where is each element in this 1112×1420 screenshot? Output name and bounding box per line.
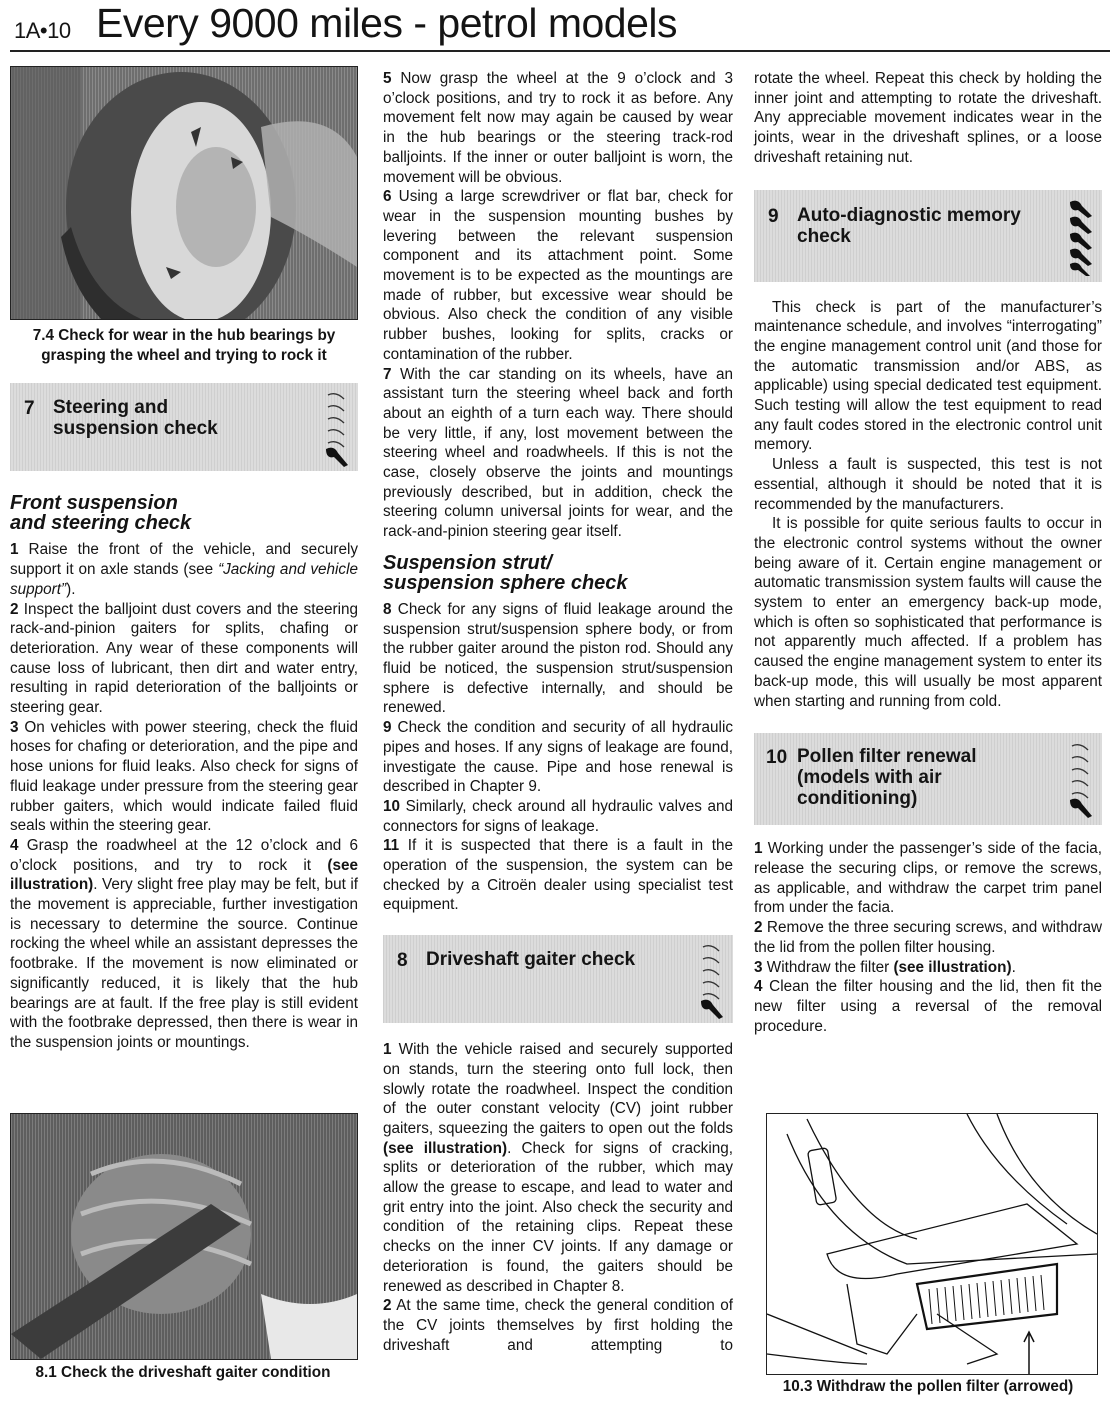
section-heading-7: 7 Steering and suspension check	[10, 383, 358, 471]
wrench-rating-icon	[1066, 740, 1094, 823]
paragraph: 7 With the car standing on its wheels, h…	[383, 365, 733, 542]
subheading-suspension-strut: Suspension strut/ suspension sphere chec…	[383, 553, 733, 593]
paragraph: This check is part of the manufacturer’s…	[754, 298, 1102, 456]
section-heading-9: 9 Auto-diagnostic memory check	[754, 190, 1102, 282]
driveshaft-gaiter-photo	[10, 1113, 358, 1360]
paragraph: 6 Using a large screwdriver or flat bar,…	[383, 187, 733, 364]
page-number: 1A•10	[14, 18, 71, 44]
paragraph: 10 Similarly, check around all hydraulic…	[383, 797, 733, 836]
figure-caption-10-3: 10.3 Withdraw the pollen filter (arrowed…	[754, 1377, 1102, 1397]
section-7-body-col1: 1 Raise the front of the vehicle, and se…	[10, 540, 358, 1052]
section-title: Pollen filter renewal (models with air c…	[797, 746, 977, 809]
paragraph: 4 Clean the filter housing and the lid, …	[754, 977, 1102, 1036]
figure-caption-8-1: 8.1 Check the driveshaft gaiter conditio…	[10, 1363, 356, 1383]
paragraph: 11 If it is suspected that there is a fa…	[383, 836, 733, 915]
wrench-rating-icon	[697, 941, 725, 1024]
paragraph: 8 Check for any signs of fluid leakage a…	[383, 600, 733, 718]
paragraph: 9 Check the condition and security of al…	[383, 718, 733, 797]
section-heading-8: 8 Driveshaft gaiter check	[383, 935, 733, 1023]
section-number: 7	[24, 398, 35, 420]
section-9-body: This check is part of the manufacturer’s…	[754, 298, 1102, 712]
paragraph: 2 Inspect the balljoint dust covers and …	[10, 600, 358, 718]
paragraph: 3 On vehicles with power steering, check…	[10, 718, 358, 836]
section-number: 10	[766, 747, 787, 769]
column-3: rotate the wheel. Repeat this check by h…	[754, 69, 1102, 1036]
paragraph: It is possible for quite serious faults …	[754, 514, 1102, 711]
paragraph: 2 At the same time, check the general co…	[383, 1296, 733, 1355]
subheading-front-suspension: Front suspension and steering check	[10, 493, 358, 533]
column-2: 5 Now grasp the wheel at the 9 o’clock a…	[383, 69, 733, 1355]
wheel-photo-illustration	[11, 67, 357, 319]
pollen-filter-illustration	[767, 1114, 1097, 1374]
section-title: Auto-diagnostic memory check	[797, 205, 1021, 247]
section-number: 9	[768, 206, 779, 228]
suspension-strut-body: 8 Check for any signs of fluid leakage a…	[383, 600, 733, 915]
pollen-filter-line-drawing	[766, 1113, 1098, 1375]
section-title: Driveshaft gaiter check	[426, 949, 635, 970]
wheel-photo	[10, 66, 358, 320]
page-title: Every 9000 miles - petrol models	[96, 0, 677, 47]
section-10-body: 1 Working under the passenger’s side of …	[754, 839, 1102, 1036]
section-number: 8	[397, 950, 408, 972]
paragraph: 4 Grasp the roadwheel at the 12 o’clock …	[10, 836, 358, 1053]
paragraph: Unless a fault is suspected, this test i…	[754, 455, 1102, 514]
paragraph: 1 Working under the passenger’s side of …	[754, 839, 1102, 918]
header-rule	[10, 50, 1110, 52]
paragraph: 5 Now grasp the wheel at the 9 o’clock a…	[383, 69, 733, 187]
figure-caption-7-4: 7.4 Check for wear in the hub bearings b…	[10, 326, 358, 365]
paragraph: 2 Remove the three securing screws, and …	[754, 918, 1102, 957]
paragraph-continued: rotate the wheel. Repeat this check by h…	[754, 69, 1102, 168]
paragraph: 1 Raise the front of the vehicle, and se…	[10, 540, 358, 599]
column-1: 7.4 Check for wear in the hub bearings b…	[10, 60, 358, 1053]
section-heading-10: 10 Pollen filter renewal (models with ai…	[754, 733, 1102, 825]
wrench-rating-icon	[1066, 198, 1094, 281]
arrow-icon	[1024, 1332, 1034, 1374]
paragraph: 1 With the vehicle raised and securely s…	[383, 1040, 733, 1296]
section-8-body: 1 With the vehicle raised and securely s…	[383, 1040, 733, 1355]
paragraph: 3 Withdraw the filter (see illustration)…	[754, 958, 1102, 978]
wrench-rating-icon	[322, 389, 350, 472]
section-title: Steering and suspension check	[53, 397, 218, 439]
page-header: 1A•10 Every 9000 miles - petrol models	[0, 0, 1112, 50]
driveshaft-photo-illustration	[11, 1114, 357, 1359]
